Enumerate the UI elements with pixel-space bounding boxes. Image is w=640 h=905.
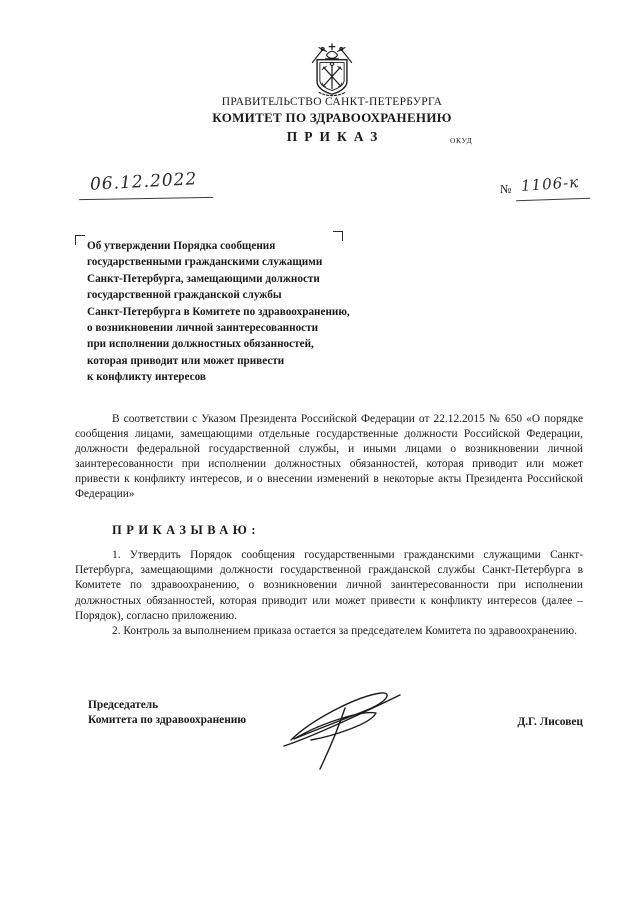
order-items: 1. Утвердить Порядок сообщения государст… xyxy=(75,548,583,639)
order-item-1: 1. Утвердить Порядок сообщения государст… xyxy=(75,548,583,624)
subject-line: которая приводит или может привести xyxy=(87,353,367,369)
number-sign: № xyxy=(500,182,511,197)
okud-label: ОКУД xyxy=(450,136,472,145)
subject-line: к конфликту интересов xyxy=(87,369,367,385)
subject-line: Санкт-Петербурга, замещающими должности xyxy=(87,271,367,287)
subject-line: Об утверждении Порядка сообщения xyxy=(87,238,367,254)
preamble-paragraph: В соответствии с Указом Президента Росси… xyxy=(75,412,583,502)
subject-line: государственными гражданскими служащими xyxy=(87,254,367,270)
spb-coat-of-arms-icon xyxy=(304,42,360,98)
subject-line: государственной гражданской службы xyxy=(87,287,367,303)
subject-line: при исполнении должностных обязанностей, xyxy=(87,336,367,352)
orders-heading: ПРИКАЗЫВАЮ: xyxy=(112,523,260,538)
date-underline xyxy=(79,188,213,200)
header-government: ПРАВИТЕЛЬСТВО САНКТ-ПЕТЕРБУРГА xyxy=(22,96,640,108)
signature-icon xyxy=(281,686,403,774)
signer-position: Председатель Комитета по здравоохранению xyxy=(88,698,246,727)
signer-position-line2: Комитета по здравоохранению xyxy=(88,713,246,728)
document-type-title: ПРИКАЗ xyxy=(22,129,640,145)
signer-name: Д.Г. Лисовец xyxy=(517,716,583,728)
subject-line: о возникновении личной заинтересованност… xyxy=(87,320,367,336)
order-item-2: 2. Контроль за выполнением приказа остае… xyxy=(75,624,583,639)
subject-block: Об утверждении Порядка сообщения государ… xyxy=(87,238,367,386)
document-page: ПРАВИТЕЛЬСТВО САНКТ-ПЕТЕРБУРГА КОМИТЕТ П… xyxy=(0,0,640,905)
corner-mark-left xyxy=(75,235,85,245)
number-underline xyxy=(516,189,590,202)
subject-line: Санкт-Петербурга в Комитете по здравоохр… xyxy=(87,304,367,320)
header-committee: КОМИТЕТ ПО ЗДРАВООХРАНЕНИЮ xyxy=(22,110,640,126)
signer-position-line1: Председатель xyxy=(88,698,246,713)
